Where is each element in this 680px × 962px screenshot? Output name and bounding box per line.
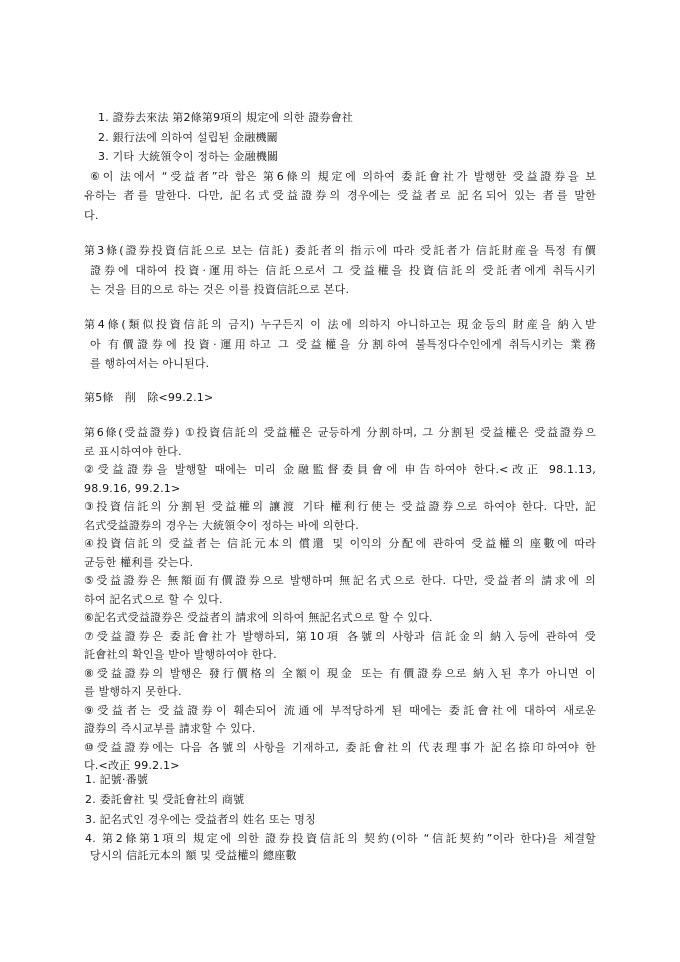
article-6-list-item: 2. 委託會社 및 受託會社의 商號 (85, 792, 244, 807)
article-3-line: 證券에 대하여 投資·運用하는 信託으로서 그 受益權을 投資信託의 受託者에게… (90, 263, 596, 279)
article-6-line: ③投資信託의 分割된 受益權의 讓渡 기타 權利行使는 受益證券으로 하여야 한… (84, 499, 596, 515)
article-6-line: 託會社의 확인을 받아 발행하여야 한다. (84, 647, 277, 662)
article-6-line: ⑤受益證券은 無額面有價證券으로 발행하며 無記名式으로 한다. 다만, 受益者… (84, 573, 596, 589)
article-6-line: 균등한 權利를 갖는다. (84, 555, 193, 570)
article-6-line: ⑦受益證券은 委託會社가 발행하되, 第10項 各號의 사항과 信託金의 納入등… (84, 629, 596, 645)
article-6-line: 名式受益證券의 경우는 大統領令이 정하는 바에 의한다. (84, 518, 359, 533)
article-6-line: ④投資信託의 受益者는 信託元本의 償還 및 이익의 分配에 관하여 受益權의 … (84, 536, 596, 552)
article-6-line: 다.<改正 99.2.1> (84, 758, 180, 773)
document-page: 1. 證券去來法 第2條第9項의 規定에 의한 證券會社 2. 銀行法에 의하여… (0, 0, 680, 962)
intro-list-item: 2. 銀行法에 의하여 설립된 金融機關 (98, 130, 278, 145)
article-6-line: 98.9.16, 99.2.1> (84, 481, 180, 496)
intro-list-item: 3. 기타 大統領令이 정하는 金融機關 (98, 149, 278, 164)
article-6-line: ⑥記名式受益證券은 受益者의 請求에 의하여 無記名式으로 할 수 있다. (84, 610, 433, 625)
article-6-line: ⑧受益證券의 발행은 發行價格의 全額이 現金 또는 有價證券으로 納入된 후가… (84, 666, 596, 682)
article-6-line: 로 표시하여야 한다. (84, 444, 182, 459)
article-4-line: 第4條(類似投資信託의 금지) 누구든지 이 法에 의하지 아니하고는 現金등의… (84, 317, 596, 333)
article-6-line: 第6條(受益證券) ①投資信託의 受益權은 균등하게 分割하며, 그 分割된 受… (84, 425, 596, 441)
paragraph-6-line: 유하는 者를 말한다. 다만, 記名式受益證券의 경우에는 受益者로 記名되어 … (84, 188, 596, 204)
article-6-line: 證券의 즉시교부를 請求할 수 있다. (84, 721, 256, 736)
article-6-line: 하여 記名式으로 할 수 있다. (84, 592, 223, 607)
article-6-line: 를 발행하지 못한다. (84, 684, 182, 699)
article-6-list-item: 당시의 信託元本의 額 및 受益權의 總座數 (90, 848, 297, 863)
article-6-line: ②受益證券을 발행할 때에는 미리 金融監督委員會에 申告하여야 한다.<改正 … (84, 462, 596, 478)
article-4-line: 를 행하여서는 아니된다. (90, 356, 209, 371)
article-6-list-item: 3. 記名式인 경우에는 受益者의 姓名 또는 명칭 (85, 812, 316, 827)
article-5-line: 第5條 削 除<99.2.1> (84, 390, 213, 405)
article-6-line: ⑩受益證券에는 다음 各號의 사항을 기재하고, 委託會社의 代表理事가 記名捺… (84, 740, 596, 756)
article-6-list-item: 1. 記號·番號 (85, 772, 148, 787)
article-6-list-item: 4. 第2條第1項의 規定에 의한 證券投資信託의 契約(이하 “信託契約”이라… (85, 831, 596, 847)
article-6-line: ⑨受益者는 受益證券이 훼손되어 流通에 부적당하게 된 때에는 委託會社에 대… (84, 703, 596, 719)
paragraph-6-line: ⑥이 法에서 “受益者”라 함은 第6條의 規定에 의하여 委託會社가 발행한 … (90, 169, 596, 185)
article-4-line: 아 有價證券에 投資·運用하고 그 受益權을 分割하여 불특정다수인에게 취득시… (90, 337, 596, 353)
paragraph-6-line: 다. (84, 208, 99, 223)
intro-list-item: 1. 證券去來法 第2條第9項의 規定에 의한 證券會社 (98, 110, 353, 125)
article-3-line: 는 것을 目的으로 하는 것은 이를 投資信託으로 본다. (90, 282, 349, 297)
article-3-line: 第3條(證券投資信託으로 보는 信託) 委託者의 指示에 따라 受託者가 信託財… (84, 243, 596, 259)
